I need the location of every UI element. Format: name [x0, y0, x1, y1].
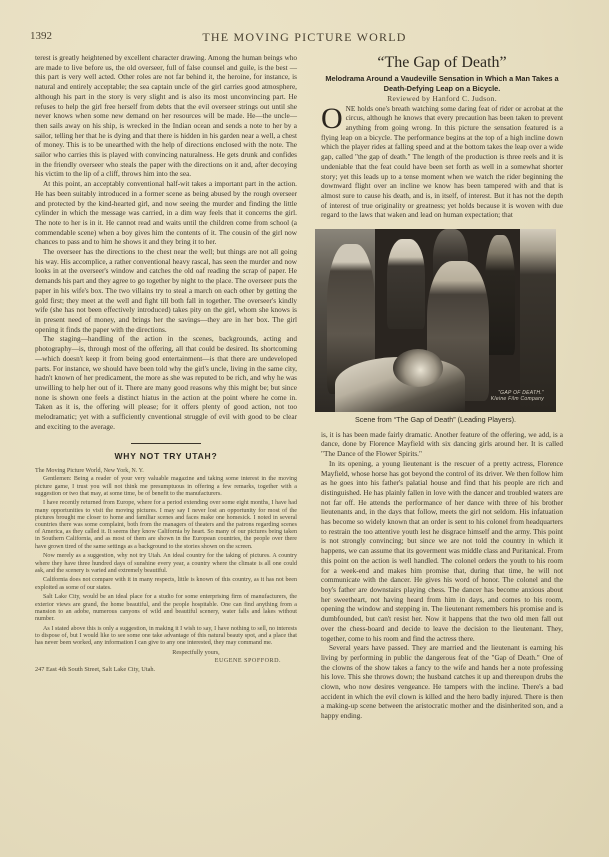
review-title: “The Gap of Death” [321, 54, 563, 72]
letter-address: 247 East 4th South Street, Salt Lake Cit… [35, 666, 297, 673]
photo-caption: Scene from “The Gap of Death” (Leading P… [315, 415, 556, 425]
left-column: terest is greatly heightened by excellen… [35, 54, 297, 676]
letter-paragraph: Salt Lake City, would be an ideal place … [35, 594, 297, 623]
drop-cap: O [321, 106, 343, 132]
photo-watermark: “GAP OF DEATH.”Kleine Film Company [491, 390, 544, 402]
letter-paragraph: I have recently returned from Europe, wh… [35, 500, 297, 550]
body-paragraph: Several years have passed. They are marr… [321, 644, 563, 722]
letter-paragraph: As I stated above this is only a suggest… [35, 626, 297, 648]
review-subtitle: Melodrama Around a Vaudeville Sensation … [321, 74, 563, 94]
letter-paragraph: Now merely as a suggestion, why not try … [35, 553, 297, 575]
review-byline: Reviewed by Hanford C. Judson. [321, 94, 563, 104]
running-head: THE MOVING PICTURE WORLD [0, 30, 609, 45]
section-divider [131, 443, 201, 444]
letter-salutation: The Moving Picture World, New York, N. Y… [35, 468, 297, 475]
letter-to-editor: The Moving Picture World, New York, N. Y… [35, 468, 297, 673]
letter-closing: Respectfully yours, [35, 650, 297, 657]
body-paragraph: The staging—handling of the action in th… [35, 335, 297, 432]
film-still-photo: “GAP OF DEATH.”Kleine Film Company [315, 229, 556, 412]
body-paragraph: The overseer has the directions to the c… [35, 248, 297, 335]
letter-paragraph: California does not compare with it in m… [35, 577, 297, 591]
body-paragraph: At this point, an acceptably conventiona… [35, 180, 297, 248]
body-paragraph: In its opening, a young lieutenant is th… [321, 460, 563, 644]
letter-paragraph: Gentlemen: Being a reader of your very v… [35, 476, 297, 498]
body-paragraph: is, it is has been made fairly dramatic.… [321, 431, 563, 460]
letter-signature: EUGENE SPOFFORD. [35, 658, 281, 665]
body-paragraph: terest is greatly heightened by excellen… [35, 54, 297, 180]
body-paragraph: ONE holds one's breath watching some dar… [321, 105, 563, 221]
letter-title: WHY NOT TRY UTAH? [35, 452, 297, 462]
right-column: “The Gap of Death” Melodrama Around a Va… [321, 54, 563, 722]
first-paragraph-text: NE holds one's breath watching some dari… [321, 105, 563, 220]
